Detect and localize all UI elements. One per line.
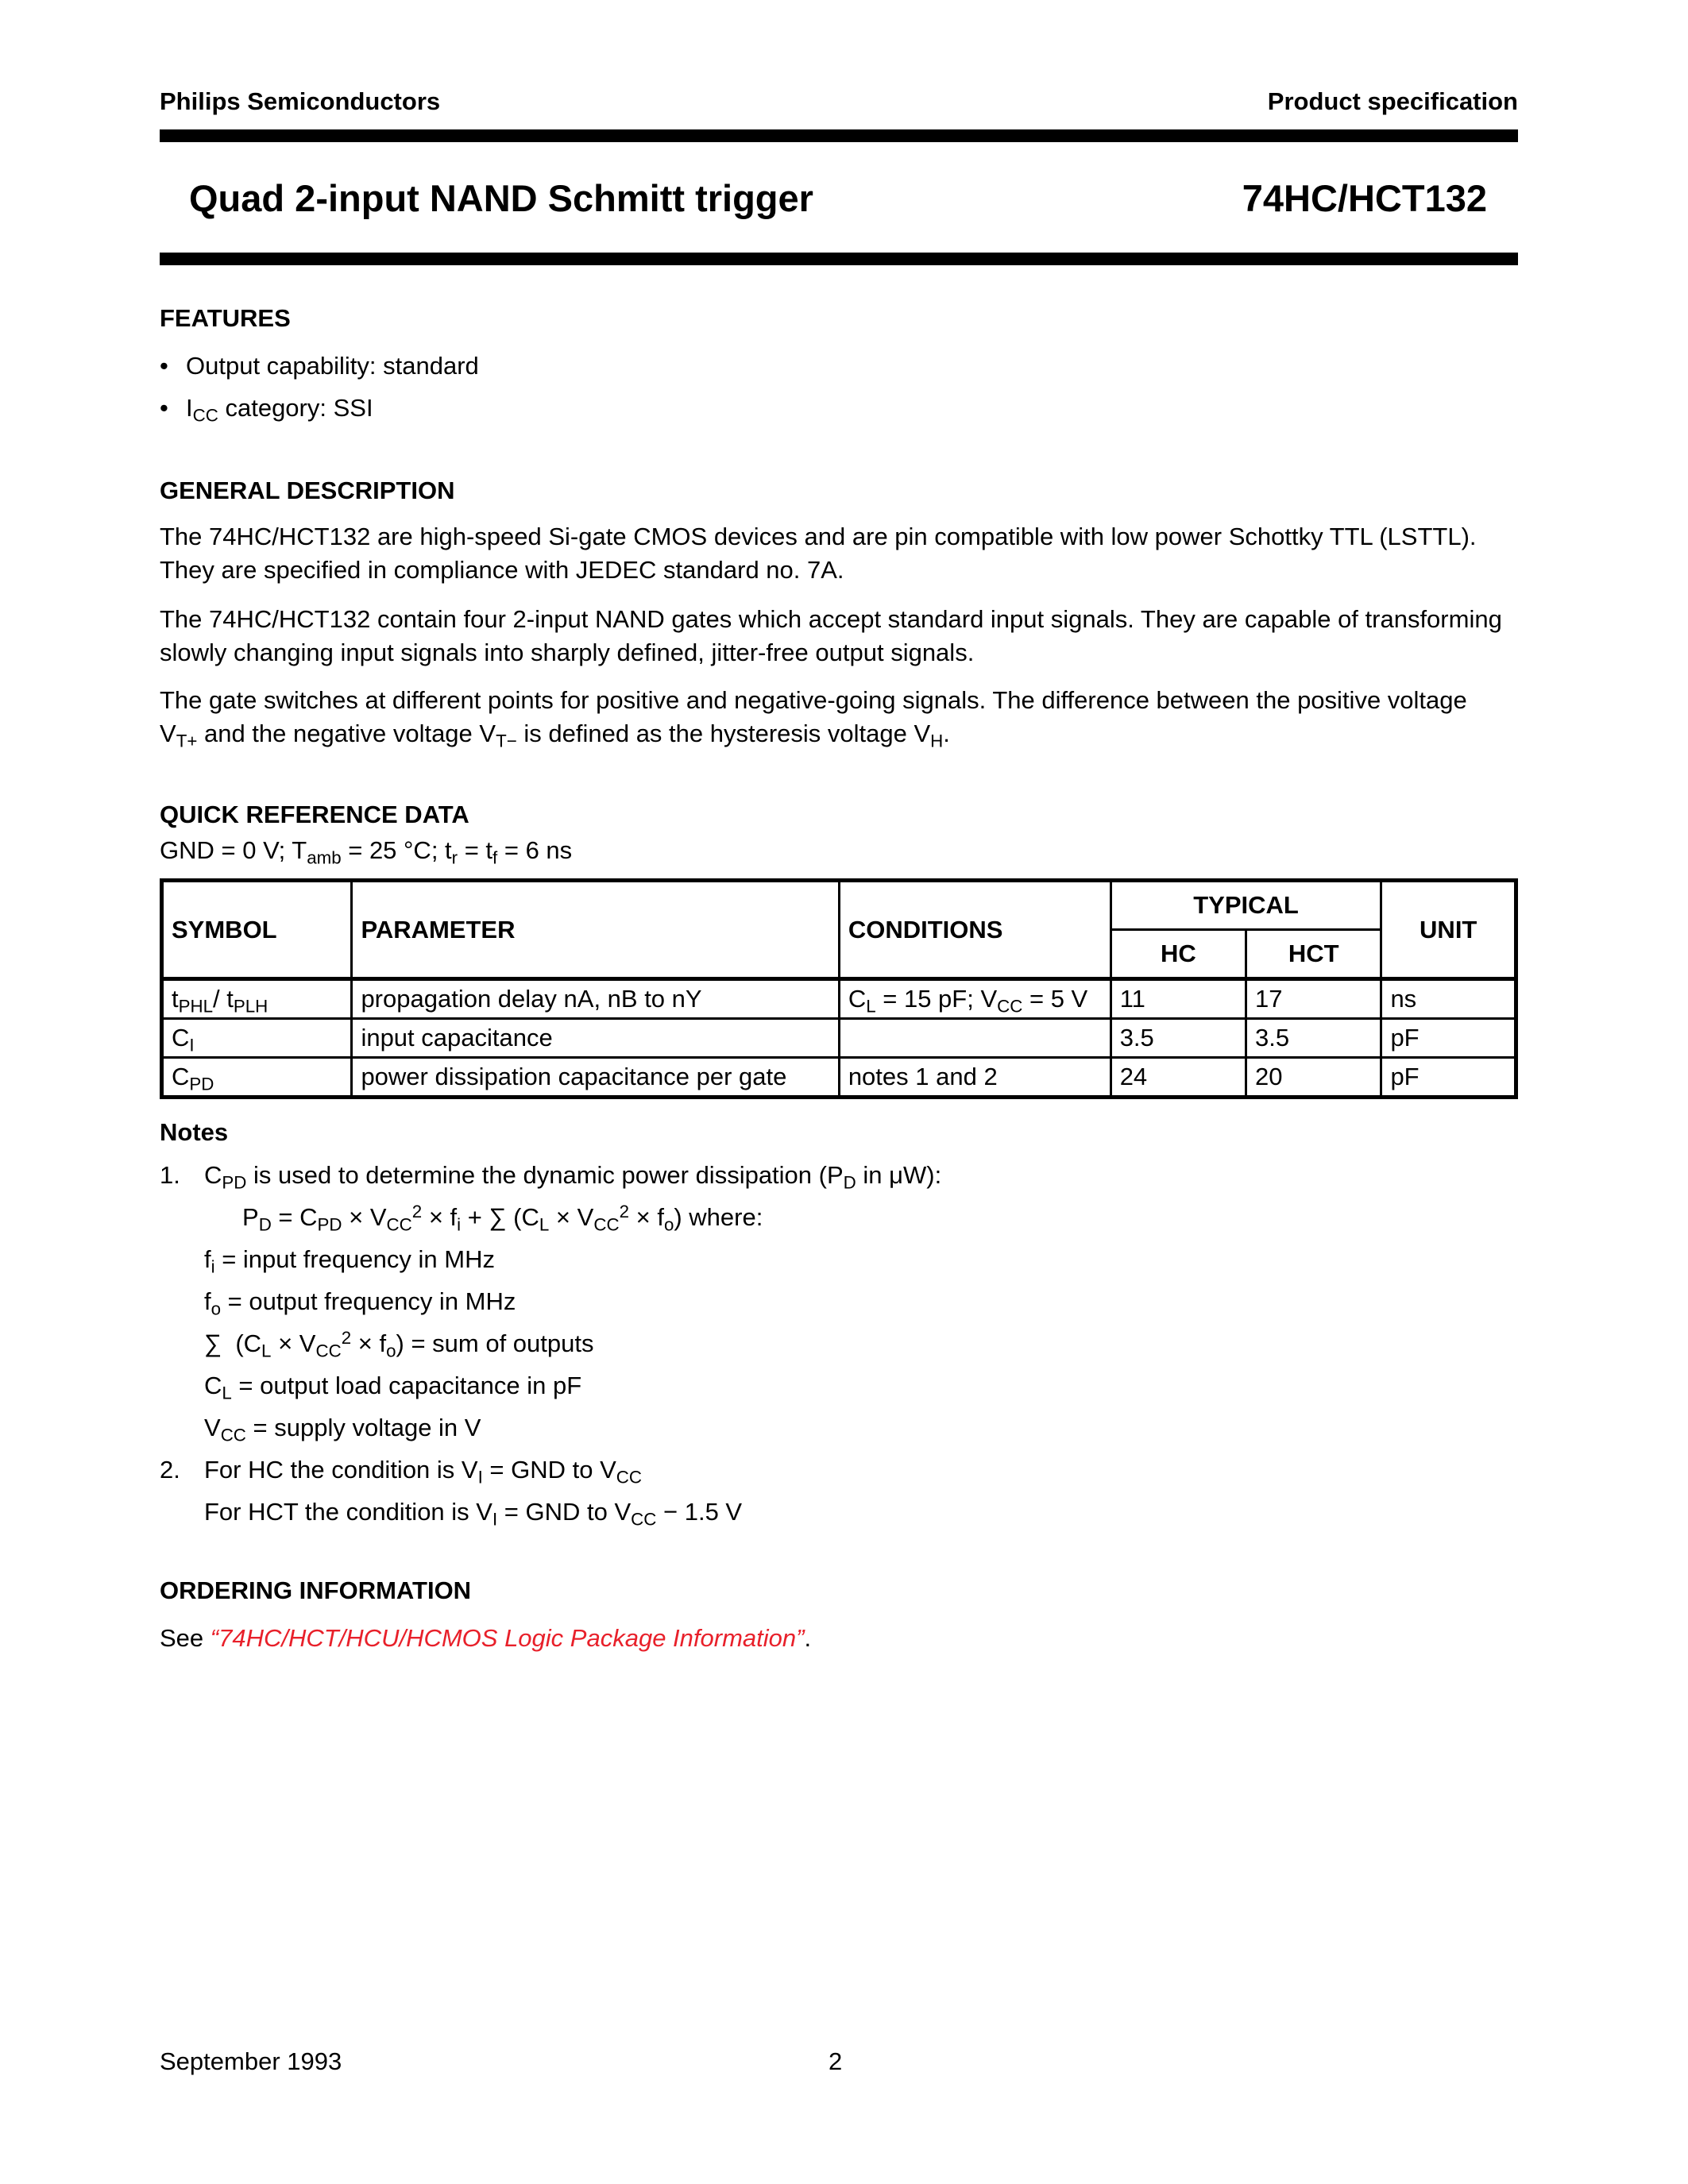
cell-parameter: power dissipation capacitance per gate bbox=[352, 1058, 839, 1098]
definition-fo: fo = output frequency in MHz bbox=[204, 1287, 516, 1316]
bullet-icon: • bbox=[160, 352, 186, 380]
cell-hc: 3.5 bbox=[1111, 1019, 1246, 1058]
table-row: CI input capacitance 3.5 3.5 pF bbox=[162, 1019, 1516, 1058]
description-paragraph: The gate switches at different points fo… bbox=[160, 684, 1526, 751]
cell-conditions bbox=[839, 1019, 1111, 1058]
cell-parameter: propagation delay nA, nB to nY bbox=[352, 979, 839, 1019]
reference-conditions: GND = 0 V; Tamb = 25 °C; tr = tf = 6 ns bbox=[160, 834, 1526, 867]
note-2-hct: For HCT the condition is VI = GND to VCC… bbox=[204, 1498, 742, 1526]
definition-cl: CL = output load capacitance in pF bbox=[204, 1372, 581, 1400]
cell-hc: 24 bbox=[1111, 1058, 1246, 1098]
cell-unit: pF bbox=[1381, 1058, 1516, 1098]
header-hc: HC bbox=[1111, 930, 1246, 979]
feature-item: •ICC category: SSI bbox=[160, 394, 373, 423]
definition-sum: ∑ (CL × VCC2 × fo) = sum of outputs bbox=[204, 1329, 594, 1358]
cell-hct: 20 bbox=[1246, 1058, 1381, 1098]
product-title: Quad 2-input NAND Schmitt trigger bbox=[189, 176, 813, 220]
note-number: 1. bbox=[160, 1161, 180, 1190]
quick-reference-table: SYMBOL PARAMETER CONDITIONS TYPICAL UNIT… bbox=[160, 878, 1518, 1099]
cell-symbol: CI bbox=[162, 1019, 352, 1058]
ordering-reference: See “74HC/HCT/HCU/HCMOS Logic Package In… bbox=[160, 1624, 811, 1653]
cell-conditions: CL = 15 pF; VCC = 5 V bbox=[839, 979, 1111, 1019]
footer-date: September 1993 bbox=[160, 2047, 342, 2076]
header-hct: HCT bbox=[1246, 930, 1381, 979]
definition-fi: fi = input frequency in MHz bbox=[204, 1245, 495, 1274]
cell-symbol: CPD bbox=[162, 1058, 352, 1098]
cell-parameter: input capacitance bbox=[352, 1019, 839, 1058]
table-row: tPHL/ tPLH propagation delay nA, nB to n… bbox=[162, 979, 1516, 1019]
general-description-heading: GENERAL DESCRIPTION bbox=[160, 477, 454, 505]
header-typical: TYPICAL bbox=[1111, 881, 1381, 930]
quick-reference-heading: QUICK REFERENCE DATA bbox=[160, 801, 469, 829]
header-rule bbox=[160, 129, 1518, 142]
description-paragraph: The 74HC/HCT132 are high-speed Si-gate C… bbox=[160, 520, 1526, 587]
header-symbol: SYMBOL bbox=[162, 881, 352, 979]
package-information-link[interactable]: “74HC/HCT/HCU/HCMOS Logic Package Inform… bbox=[211, 1624, 805, 1652]
company-name: Philips Semiconductors bbox=[160, 87, 440, 116]
header-parameter: PARAMETER bbox=[352, 881, 839, 979]
ordering-information-heading: ORDERING INFORMATION bbox=[160, 1576, 471, 1605]
table-row: CPD power dissipation capacitance per ga… bbox=[162, 1058, 1516, 1098]
header-conditions: CONDITIONS bbox=[839, 881, 1111, 979]
cell-symbol: tPHL/ tPLH bbox=[162, 979, 352, 1019]
title-rule bbox=[160, 253, 1518, 265]
cell-conditions: notes 1 and 2 bbox=[839, 1058, 1111, 1098]
document-type: Product specification bbox=[1268, 87, 1518, 116]
notes-heading: Notes bbox=[160, 1118, 228, 1147]
cell-hct: 17 bbox=[1246, 979, 1381, 1019]
header-unit: UNIT bbox=[1381, 881, 1516, 979]
definition-vcc: VCC = supply voltage in V bbox=[204, 1414, 481, 1442]
cell-unit: ns bbox=[1381, 979, 1516, 1019]
note-1-text: CPD is used to determine the dynamic pow… bbox=[204, 1161, 941, 1190]
description-paragraph: The 74HC/HCT132 contain four 2-input NAN… bbox=[160, 603, 1526, 669]
features-heading: FEATURES bbox=[160, 304, 291, 333]
note-2-hc: For HC the condition is VI = GND to VCC bbox=[204, 1456, 642, 1484]
cell-hc: 11 bbox=[1111, 979, 1246, 1019]
feature-item: •Output capability: standard bbox=[160, 352, 479, 380]
part-number: 74HC/HCT132 bbox=[1242, 176, 1487, 220]
power-formula: PD = CPD × VCC2 × fi + ∑ (CL × VCC2 × fo… bbox=[242, 1203, 763, 1232]
cell-hct: 3.5 bbox=[1246, 1019, 1381, 1058]
note-number: 2. bbox=[160, 1456, 180, 1484]
cell-unit: pF bbox=[1381, 1019, 1516, 1058]
bullet-icon: • bbox=[160, 394, 186, 423]
page-number: 2 bbox=[829, 2047, 842, 2076]
